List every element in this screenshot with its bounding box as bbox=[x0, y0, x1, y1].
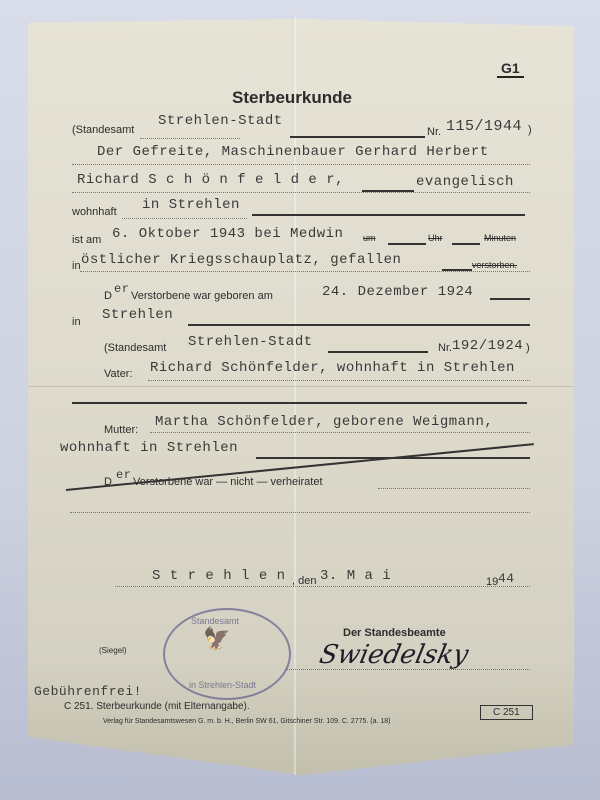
publisher-line: Verlag für Standesamtswesen G. m. b. H.,… bbox=[103, 718, 391, 725]
married-label: Verstorbene war — nicht — verheiratet bbox=[133, 476, 323, 488]
document-title: Sterbeurkunde bbox=[232, 88, 352, 108]
mother-value: Martha Schönfelder, geborene Weigmann, bbox=[155, 414, 493, 430]
birth-label: Verstorbene war geboren am bbox=[131, 290, 273, 302]
seal-label: (Siegel) bbox=[99, 646, 127, 655]
struck-verstorben: verstorben. bbox=[472, 260, 517, 270]
stamp-top-text: Standesamt bbox=[191, 616, 239, 626]
rule-line bbox=[188, 324, 530, 326]
stamp-bottom-text: in Strehlen-Stadt bbox=[189, 680, 256, 690]
deceased-name-line-1: Der Gefreite, Maschinenbauer Gerhard Her… bbox=[97, 144, 489, 160]
rule-line bbox=[72, 402, 527, 404]
rule-line bbox=[388, 243, 426, 245]
nr-label: Nr. bbox=[427, 126, 441, 138]
form-name: C 251. Sterbeurkunde (mit Elternangabe). bbox=[64, 701, 250, 712]
dotted-line bbox=[72, 164, 530, 165]
fee-note: Gebührenfrei! bbox=[34, 684, 142, 699]
birth-nr-value: 192/1924 bbox=[452, 338, 523, 354]
date-signed: 3. M a i bbox=[320, 568, 391, 584]
registry-office-label: (Standesamt bbox=[72, 124, 134, 136]
dotted-line bbox=[140, 138, 240, 139]
mother-label: Mutter: bbox=[104, 424, 138, 436]
nr-value: 115/1944 bbox=[446, 118, 522, 135]
rule-line bbox=[452, 243, 480, 245]
birth-in-label: in bbox=[72, 316, 81, 328]
mother-residence: wohnhaft in Strehlen bbox=[60, 440, 238, 456]
dotted-line bbox=[122, 218, 247, 219]
died-value: 6. Oktober 1943 bei Medwin bbox=[112, 226, 343, 242]
dotted-line bbox=[150, 432, 530, 433]
birth-place: Strehlen bbox=[102, 307, 173, 323]
father-label: Vater: bbox=[104, 368, 133, 380]
birth-nr-close: ) bbox=[526, 342, 530, 354]
registrar-label: Der Standesbeamte bbox=[343, 627, 446, 639]
birth-registry-label: (Standesamt bbox=[104, 342, 166, 354]
dotted-line bbox=[70, 512, 530, 513]
form-code: G1 bbox=[497, 60, 524, 78]
birth-er: er bbox=[114, 282, 129, 296]
residence-value: in Strehlen bbox=[142, 197, 240, 213]
dotted-line bbox=[148, 380, 530, 381]
married-er: er bbox=[116, 468, 131, 482]
eagle-icon: 🦅 bbox=[203, 626, 230, 652]
birth-registry-value: Strehlen-Stadt bbox=[188, 334, 313, 350]
rule-line bbox=[490, 298, 530, 300]
struck-um: um bbox=[363, 233, 376, 243]
rule-line bbox=[252, 214, 525, 216]
dotted-line bbox=[72, 192, 530, 193]
registry-office-value: Strehlen-Stadt bbox=[158, 113, 283, 129]
place-of-death: östlicher Kriegsschauplatz, gefallen bbox=[81, 252, 401, 268]
residence-label: wohnhaft bbox=[72, 206, 117, 218]
form-number-box: C 251 bbox=[480, 705, 533, 720]
birth-date: 24. Dezember 1924 bbox=[322, 284, 473, 300]
rule-line bbox=[290, 136, 425, 138]
rule-line bbox=[328, 351, 428, 353]
dotted-line bbox=[285, 669, 530, 670]
struck-minuten: Minuten bbox=[484, 233, 516, 243]
dotted-line bbox=[378, 488, 530, 489]
deceased-name-line-2: Richard S c h ö n f e l d e r, bbox=[77, 172, 344, 188]
year-prefix: 19 bbox=[486, 576, 498, 588]
registrar-signature: Swiedelsky bbox=[317, 640, 471, 670]
year-suffix: 44 bbox=[498, 571, 515, 586]
horizontal-fold bbox=[28, 386, 574, 387]
vertical-fold bbox=[293, 15, 296, 775]
nr-close: ) bbox=[528, 124, 532, 136]
father-value: Richard Schönfelder, wohnhaft in Strehle… bbox=[150, 360, 515, 376]
birth-prefix: D bbox=[104, 290, 112, 302]
den-label: , den bbox=[292, 575, 316, 587]
dotted-line bbox=[115, 586, 530, 587]
dotted-line bbox=[80, 271, 530, 272]
religion-value: evangelisch bbox=[416, 174, 514, 190]
official-seal-stamp: 🦅 Standesamt in Strehlen-Stadt bbox=[163, 608, 291, 700]
died-label: ist am bbox=[72, 234, 101, 246]
place-signed: S t r e h l e n bbox=[152, 568, 286, 584]
birth-nr-label: Nr. bbox=[438, 342, 452, 354]
struck-uhr: Uhr bbox=[428, 233, 443, 243]
